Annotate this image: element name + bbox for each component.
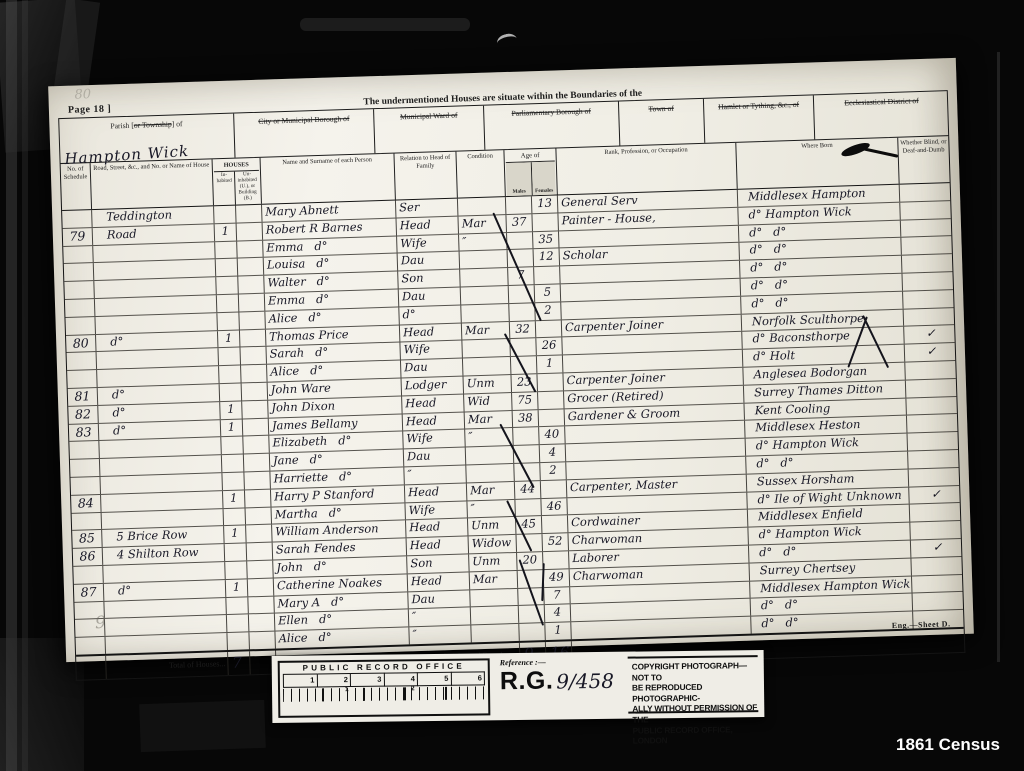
sheet-note: Eng.—Sheet D. [892,619,951,630]
relation-cell: Son [407,554,469,573]
uninhabited-cell [243,436,270,454]
condition-cell [460,268,509,286]
blind-cell [908,450,959,468]
age-female-cell: 46 [541,498,568,516]
age-female-cell: 35 [533,231,560,249]
age-male-cell [509,303,536,321]
blind-cell: ✓ [911,539,962,557]
uninhabited-cell [237,240,264,258]
age-female-cell: 1 [537,356,564,374]
age-female-cell: 2 [540,462,567,480]
blind-cell: ✓ [905,343,956,361]
col-schedule: No. of Schedule [61,163,92,210]
condition-cell [458,197,507,215]
age-male-cell: 37 [506,214,533,232]
col-blind: Whether Blind, or Deaf-and-Dumb [898,136,949,184]
relation-cell: Ser [396,199,458,218]
uninhabited-cell [244,472,271,490]
inhabited-cell [226,597,249,614]
age-male-cell [513,428,540,446]
jurisdiction-parliamentary: Parliamentary Borough of [484,101,620,149]
condition-cell [461,304,510,322]
copyright-line: BE REPRODUCED PHOTOGRAPHIC- [632,681,758,704]
uninhabited-cell [247,561,274,579]
age-female-cell: 4 [545,605,572,623]
background-streak [22,0,28,771]
copyright-text: COPYRIGHT PHOTOGRAPH—NOT TO BE REPRODUCE… [628,655,759,714]
uninhabited-cell [238,258,265,276]
col-road: Road, Street, &c., and No. or Name of Ho… [91,159,214,209]
condition-cell [460,250,509,268]
age-female-cell [538,391,565,409]
age-female-cell [536,320,563,338]
col-uninhabited: Un-inhabited (U.), or Building (B.) [235,171,260,205]
blind-cell [901,219,952,237]
schedule-number: 85 [72,530,103,548]
inhabited-cell [220,383,243,400]
age-female-cell [532,213,559,231]
blind-cell: ✓ [909,486,960,504]
uninhabited-cell [248,578,275,596]
uninhabited-cell [239,311,266,329]
schedule-number: 87 [74,584,105,602]
schedule-number [65,317,96,335]
relation-cell: Wife [397,234,459,253]
age-male-cell [518,570,545,588]
age-female-cell: 40 [539,427,566,445]
age-female-cell: 4 [540,444,567,462]
copyright-line: COPYRIGHT PHOTOGRAPH—NOT TO [632,660,758,683]
jurisdiction-parish: Parish [or Township] of Hampton Wick [59,114,235,163]
census-table: No. of Schedule Road, Street, &c., and N… [60,136,966,681]
age-male-cell [506,196,533,214]
inhabited-cell [227,632,250,649]
schedule-number [65,299,96,317]
blind-cell: ✓ [904,325,955,343]
blind-cell [901,236,952,254]
relation-cell: d° [399,305,461,324]
col-inhabited: In-habited [214,171,236,205]
col-males: Males [506,163,533,197]
inhabited-cell [225,544,248,561]
inhabited-cell: 1 [218,330,241,347]
blind-cell [911,557,962,575]
uninhabited-cell [242,400,269,418]
uninhabited-cell [243,418,270,436]
inhabited-cell [217,295,240,312]
condition-cell: ″ [459,233,508,251]
uninhabited-cell [240,347,267,365]
inhabited-cell [222,455,245,472]
blind-cell [900,201,951,219]
age-female-cell [539,409,566,427]
pro-ruler: PUBLIC RECORD OFFICE 123456 1 2 [278,658,491,718]
jurisdiction-hamlet: Hamlet or Tything, &c., of [704,95,815,142]
age-female-cell: 49 [544,569,571,587]
age-female-cell: 52 [542,533,569,551]
blind-cell [910,521,961,539]
inhabited-cell [214,206,237,223]
schedule-number [76,637,107,655]
condition-cell: Mar [467,482,516,500]
uninhabited-cell [240,329,267,347]
uninhabited-cell [236,205,263,223]
schedule-number [69,441,100,459]
background-streak [300,18,470,31]
schedule-number [64,281,95,299]
age-female-cell [543,551,570,569]
condition-cell [462,339,511,357]
schedule-number: 80 [66,335,97,353]
age-female-cell: 1 [545,622,572,640]
col-houses: HOUSES In-habited Un-inhabited (U.), or … [213,158,262,205]
inhabited-cell [224,508,247,525]
parish-label: Parish [ [110,121,134,131]
condition-cell: Wid [464,393,513,411]
background-streak [54,0,100,92]
schedule-number [72,512,103,530]
schedule-number [67,370,98,388]
condition-cell: Mar [470,571,519,589]
census-sheet: Page 18 ] The undermentioned Houses are … [48,58,974,662]
uninhabited-cell [249,632,276,650]
uninhabited-cell [239,294,266,312]
age-female-cell: 5 [535,284,562,302]
condition-cell [466,464,515,482]
relation-cell: Wife [405,501,467,520]
background-streak [6,0,17,771]
scanned-census-photo: Page 18 ] The undermentioned Houses are … [0,0,1024,771]
condition-cell: Widow [469,535,518,553]
copyright-line: ALLY WITHOUT PERMISSION OF THE [632,703,758,726]
ruler-inch-number: 6 [451,671,485,685]
condition-cell: Unm [463,375,512,393]
age-female-cell: 12 [534,249,561,267]
copyright-line: PUBLIC RECORD OFFICE, LONDON [632,724,758,747]
relation-cell: Head [400,323,462,342]
blind-cell [910,503,961,521]
relation-cell: Lodger [402,376,464,395]
uninhabited-cell [238,276,265,294]
condition-cell [471,624,520,642]
relation-cell: Dau [398,252,460,271]
age-male-cell: 44 [515,481,542,499]
schedule-number [70,477,101,495]
col-born: Where Born [736,138,899,189]
relation-cell: Head [396,216,458,235]
age-male-cell: 75 [512,392,539,410]
blind-cell [908,432,959,450]
background-streak [997,52,1000,662]
ruler-sub-number: 2 [411,685,415,692]
reference-prefix: R.G. [500,667,554,697]
col-occupation: Rank, Profession, or Occupation [556,143,737,195]
age-male-cell: 32 [510,321,537,339]
inhabited-cell: 1 [221,419,244,436]
inhabited-cell [219,366,242,383]
blind-cell [904,308,955,326]
relation-cell: Wife [403,430,465,449]
blind-cell [902,254,953,272]
parish-label: ] of [172,119,183,128]
schedule-number [73,566,104,584]
blind-cell [903,290,954,308]
background-streak [139,700,266,752]
age-male-cell [507,232,534,250]
blind-cell [906,397,957,415]
schedule-number: 82 [68,406,99,424]
col-condition: Condition [456,150,505,197]
inhabited-cell [216,277,239,294]
uninhabited-cell [237,223,264,241]
relation-cell: ″ [404,465,466,484]
inhabited-cell: 1 [224,526,247,543]
col-females: Females [532,162,556,196]
relation-cell: Wife [400,341,462,360]
uninhabited-cell [246,525,273,543]
uninhabited-cell [244,454,271,472]
col-name: Name and Surname of each Person [261,154,396,204]
ruler-inch-number: 1 [283,673,318,687]
age-female-cell: 26 [536,338,563,356]
pencil-mark: 9 [95,613,106,633]
pencil-mark: 80 [74,87,91,103]
reference-number-handwritten: 9/458 [556,669,614,694]
inhabited-cell [217,312,240,329]
inhabited-cell [227,615,250,632]
age-male-cell [515,499,542,517]
condition-cell [461,286,510,304]
inhabited-cell [215,241,238,258]
relation-cell: Head [403,412,465,431]
inhabited-cell: 1 [220,401,243,418]
relation-cell: Head [405,483,467,502]
schedule-number: 81 [68,388,99,406]
inhabited-cell [216,259,239,276]
age-male-cell: 38 [513,410,540,428]
age-female-cell: 13 [532,195,559,213]
blind-cell [905,361,956,379]
blind-cell [906,379,957,397]
ruler-sub-number: 1 [345,686,349,693]
jurisdiction-town: Town of [619,99,705,146]
age-female-cell [542,516,569,534]
paper-curl-artifact [496,32,519,50]
schedule-number [67,352,98,370]
blind-cell [909,468,960,486]
inhabited-cell [225,561,248,578]
condition-cell [471,606,520,624]
relation-cell: Son [398,270,460,289]
total-houses-label: Total of Houses... [106,652,229,679]
condition-cell [466,446,515,464]
blind-cell [900,183,951,201]
blind-cell [907,414,958,432]
col-relation: Relation to Head of Family [394,152,457,200]
schedule-number: 86 [73,548,104,566]
inhabited-cell: 1 [215,223,238,240]
jurisdiction-borough: City or Municipal Borough of [234,109,375,157]
relation-cell: Dau [401,359,463,378]
blind-cell [913,592,964,610]
blind-cell [902,272,953,290]
inhabited-cell: 1 [226,579,249,596]
condition-cell: Mar [465,411,514,429]
total-houses-value: 7 [228,654,242,672]
relation-cell: ″ [409,608,471,627]
condition-cell: Unm [468,517,517,535]
schedule-number [62,210,93,228]
jurisdiction-ward: Municipal Ward of [374,106,485,153]
relation-cell: Dau [399,288,461,307]
relation-cell: Head [408,572,470,591]
uninhabited-cell [242,383,269,401]
relation-cell: Head [407,537,469,556]
condition-cell [470,588,519,606]
age-female-cell [537,373,564,391]
uninhabited-cell [241,365,268,383]
age-female-cell [541,480,568,498]
ruler-numbers: 123456 [283,671,485,687]
inhabited-cell [218,348,241,365]
uninhabited-cell [248,596,275,614]
uninhabited-cell [247,543,274,561]
inhabited-cell [222,472,245,489]
schedule-number: 84 [71,495,102,513]
schedule-number: 83 [69,424,100,442]
uninhabited-cell [249,614,276,632]
schedule-number: 79 [63,228,94,246]
ruler-inch-number: 3 [351,673,385,687]
reference-box: Reference :— R.G. 9/458 [490,657,623,716]
relation-cell: Dau [408,590,470,609]
relation-cell: ″ [409,626,471,645]
schedule-number [70,459,101,477]
jurisdiction-ecclesiastical: Ecclesiastical District of [814,91,950,139]
inhabited-cell [221,437,244,454]
uninhabited-cell [246,507,273,525]
condition-cell: Mar [462,322,511,340]
age-female-cell: 7 [544,587,571,605]
ruler-inch-number: 5 [418,672,452,686]
relation-cell: Head [406,519,468,538]
ruler-ticks: 1 2 [283,686,485,701]
age-female-cell [534,267,561,285]
relation-cell: Dau [404,448,466,467]
schedule-number [64,263,95,281]
uninhabited-cell [245,489,272,507]
parish-label-struck: or Township [134,120,172,130]
relation-cell: Head [402,394,464,413]
inhabited-cell: 1 [223,490,246,507]
census-year-watermark: 1861 Census [896,735,1000,755]
col-age: Age of Males Females [504,148,557,196]
blind-cell [912,574,963,592]
condition-cell [463,357,512,375]
schedule-number [63,246,94,264]
condition-cell: Unm [469,553,518,571]
pro-reference-label: PUBLIC RECORD OFFICE 123456 1 2 Referenc… [272,650,765,723]
